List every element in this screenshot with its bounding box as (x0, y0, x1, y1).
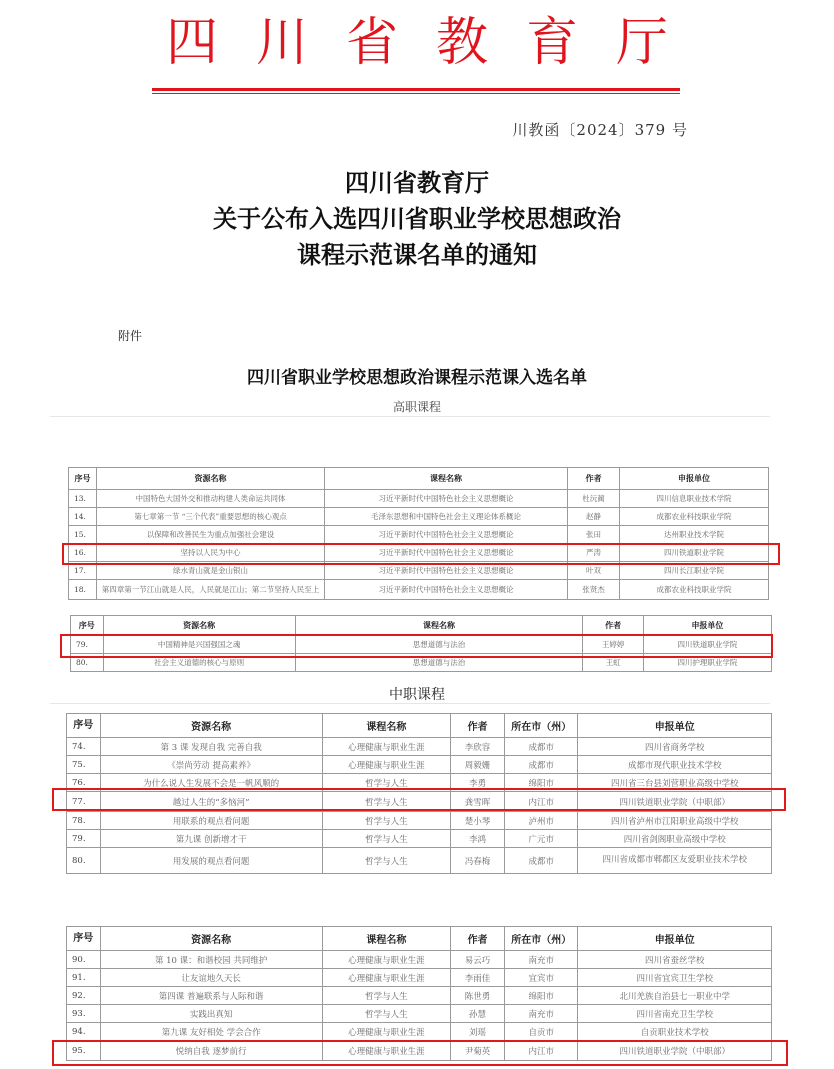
cell-unit: 四川省商务学校 (578, 738, 772, 756)
header-seq: 序号 (71, 616, 104, 636)
cell-city: 内江市 (505, 1041, 578, 1061)
cell-author: 张贤杰 (568, 580, 620, 600)
cell-course: 习近平新时代中国特色社会主义思想概论 (325, 544, 568, 562)
cell-resource: 用发展的观点看问题 (100, 848, 322, 874)
header-city: 所在市（州） (505, 927, 578, 951)
notice-title-line-2: 关于公布入选四川省职业学校思想政治 (0, 201, 834, 237)
cell-author: 尹菊英 (451, 1041, 505, 1061)
cell-resource: 第 3 课 发现自我 完善自我 (100, 738, 322, 756)
header-author: 作者 (451, 714, 505, 738)
table-row: 80. 用发展的观点看问题 哲学与人生 冯春梅 成都市 四川省成都市郫都区友爱职… (67, 848, 772, 874)
cell-city: 广元市 (505, 830, 578, 848)
cell-city: 成都市 (505, 738, 578, 756)
cell-course: 毛泽东思想和中国特色社会主义理论体系概论 (325, 508, 568, 526)
cell-unit: 四川护理职业学院 (643, 654, 771, 672)
higher-vocational-table-b: 序号 资源名称 课程名称 作者 申报单位 79. 中国精神是兴国强国之魂 思想道… (70, 615, 772, 672)
table-row: 13. 中国特色大国外交和推动构建人类命运共同体 习近平新时代中国特色社会主义思… (69, 490, 769, 508)
cell-seq: 14. (69, 508, 97, 526)
letterhead-char: 省 (327, 8, 417, 78)
cell-unit: 四川省蚕丝学校 (578, 951, 772, 969)
cell-author: 王婷婷 (583, 636, 644, 654)
header-seq: 序号 (67, 714, 101, 738)
header-unit: 申报单位 (620, 468, 769, 490)
cell-seq: 77. (67, 792, 101, 812)
cell-resource: 《崇尚劳动 提高素养》 (100, 756, 322, 774)
cell-course: 哲学与人生 (322, 792, 450, 812)
cell-resource: 社会主义道德的核心与原则 (103, 654, 295, 672)
header-course: 课程名称 (322, 927, 450, 951)
header-resource: 资源名称 (100, 714, 322, 738)
header-city: 所在市（州） (505, 714, 578, 738)
cell-course: 心理健康与职业生涯 (322, 1041, 450, 1061)
table-row: 17. 绿水青山就是金山银山 习近平新时代中国特色社会主义思想概论 叶双 四川长… (69, 562, 769, 580)
cell-seq: 91. (67, 969, 101, 987)
header-unit: 申报单位 (643, 616, 771, 636)
cell-course: 思想道德与法治 (295, 654, 583, 672)
secondary-vocational-table-b: 序号 资源名称 课程名称 作者 所在市（州） 申报单位 90. 第 10 课：和… (66, 926, 772, 1061)
table-row: 78. 用联系的观点看问题 哲学与人生 楚小琴 泸州市 四川省泸州市江阳职业高级… (67, 812, 772, 830)
letterhead-char: 教 (417, 8, 507, 78)
cell-city: 成都市 (505, 848, 578, 874)
cell-city: 内江市 (505, 792, 578, 812)
table-row: 14. 第七章第一节 “三个代表”重要思想的核心观点 毛泽东思想和中国特色社会主… (69, 508, 769, 526)
cell-course: 习近平新时代中国特色社会主义思想概论 (325, 562, 568, 580)
cell-resource: 坚持以人民为中心 (97, 544, 325, 562)
cell-unit: 四川长江职业学院 (620, 562, 769, 580)
cell-course: 心理健康与职业生涯 (322, 1023, 450, 1041)
cell-seq: 17. (69, 562, 97, 580)
table-row: 94. 第九课 友好相处 学会合作 心理健康与职业生涯 刘瑶 自贡市 自贡职业技… (67, 1023, 772, 1041)
cell-unit: 达州职业技术学院 (620, 526, 769, 544)
cell-seq: 94. (67, 1023, 101, 1041)
letterhead-char: 厅 (597, 8, 687, 78)
cell-unit: 四川省泸州市江阳职业高级中学校 (578, 812, 772, 830)
cell-seq: 15. (69, 526, 97, 544)
cell-course: 哲学与人生 (322, 987, 450, 1005)
cell-unit: 四川省南充卫生学校 (578, 1005, 772, 1023)
cell-seq: 80. (67, 848, 101, 874)
cell-course: 哲学与人生 (322, 848, 450, 874)
attachment-label: 附件 (118, 327, 142, 344)
letterhead-divider-thin (152, 93, 680, 94)
cell-seq: 80. (71, 654, 104, 672)
cell-course: 习近平新时代中国特色社会主义思想概论 (325, 580, 568, 600)
cell-resource: 中国精神是兴国强国之魂 (103, 636, 295, 654)
cell-unit: 四川省剑阁职业高级中学校 (578, 830, 772, 848)
secondary-vocational-table-a: 序号 资源名称 课程名称 作者 所在市（州） 申报单位 74. 第 3 课 发现… (66, 713, 772, 874)
table-row-highlighted: 95. 悦纳自我 逐梦前行 心理健康与职业生涯 尹菊英 内江市 四川铁道职业学院… (67, 1041, 772, 1061)
cell-seq: 78. (67, 812, 101, 830)
cell-resource: 第 10 课：和谐校园 共同维护 (100, 951, 322, 969)
cell-author: 李雨佳 (451, 969, 505, 987)
section-label-secondary-vocational: 中职课程 (0, 684, 834, 704)
letterhead-char: 四 (147, 8, 237, 78)
cell-author: 陈世勇 (451, 987, 505, 1005)
cell-resource: 中国特色大国外交和推动构建人类命运共同体 (97, 490, 325, 508)
header-author: 作者 (568, 468, 620, 490)
header-resource: 资源名称 (103, 616, 295, 636)
document-number: 川教函〔2024〕379 号 (512, 119, 688, 140)
letterhead-char: 川 (237, 8, 327, 78)
cell-unit: 四川省宜宾卫生学校 (578, 969, 772, 987)
header-unit: 申报单位 (578, 927, 772, 951)
table-header-row: 序号 资源名称 课程名称 作者 所在市（州） 申报单位 (67, 714, 772, 738)
header-author: 作者 (451, 927, 505, 951)
table-row-highlighted: 79. 中国精神是兴国强国之魂 思想道德与法治 王婷婷 四川铁道职业学院 (71, 636, 772, 654)
cell-course: 心理健康与职业生涯 (322, 738, 450, 756)
cell-seq: 95. (67, 1041, 101, 1061)
letterhead: 四 川 省 教 育 厅 (0, 8, 834, 78)
header-course: 课程名称 (295, 616, 583, 636)
header-resource: 资源名称 (97, 468, 325, 490)
cell-seq: 18. (69, 580, 97, 600)
cell-author: 张田 (568, 526, 620, 544)
cell-resource: 用联系的观点看问题 (100, 812, 322, 830)
table-row: 93. 实践出真知 哲学与人生 孙慧 南充市 四川省南充卫生学校 (67, 1005, 772, 1023)
cell-city: 自贡市 (505, 1023, 578, 1041)
cell-unit: 四川铁道职业学院 (643, 636, 771, 654)
cell-unit: 成都农业科技职业学院 (620, 580, 769, 600)
cell-course: 习近平新时代中国特色社会主义思想概论 (325, 526, 568, 544)
cell-unit: 四川省成都市郫都区友爱职业技术学校 (578, 848, 772, 874)
cell-unit: 成都市现代职业技术学校 (578, 756, 772, 774)
cell-seq: 79. (71, 636, 104, 654)
table-row: 15. 以保障和改善民生为重点加强社会建设 习近平新时代中国特色社会主义思想概论… (69, 526, 769, 544)
section-divider (50, 703, 770, 704)
list-title: 四川省职业学校思想政治课程示范课入选名单 (0, 363, 834, 388)
cell-city: 宜宾市 (505, 969, 578, 987)
cell-resource: 越过人生的“多恼河” (100, 792, 322, 812)
header-seq: 序号 (67, 927, 101, 951)
cell-resource: 悦纳自我 逐梦前行 (100, 1041, 322, 1061)
cell-author: 王虹 (583, 654, 644, 672)
cell-course: 心理健康与职业生涯 (322, 951, 450, 969)
cell-author: 孙慧 (451, 1005, 505, 1023)
cell-unit: 成都农业科技职业学院 (620, 508, 769, 526)
table-row: 91. 让友谊地久天长 心理健康与职业生涯 李雨佳 宜宾市 四川省宜宾卫生学校 (67, 969, 772, 987)
cell-resource: 第九课 创新增才干 (100, 830, 322, 848)
cell-author: 李欣容 (451, 738, 505, 756)
header-author: 作者 (583, 616, 644, 636)
cell-seq: 76. (67, 774, 101, 792)
cell-author: 龚雪晖 (451, 792, 505, 812)
notice-title-line-1: 四川省教育厅 (0, 165, 834, 201)
header-resource: 资源名称 (100, 927, 322, 951)
cell-unit: 北川羌族自治县七一职业中学 (578, 987, 772, 1005)
cell-seq: 93. (67, 1005, 101, 1023)
cell-resource: 绿水青山就是金山银山 (97, 562, 325, 580)
cell-course: 心理健康与职业生涯 (322, 969, 450, 987)
section-label-higher-vocational: 高职课程 (0, 398, 834, 415)
cell-resource: 为什么说人生发展不会是一帆风顺的 (100, 774, 322, 792)
cell-course: 思想道德与法治 (295, 636, 583, 654)
table-header-row: 序号 资源名称 课程名称 作者 申报单位 (69, 468, 769, 490)
cell-city: 南充市 (505, 951, 578, 969)
cell-course: 心理健康与职业生涯 (322, 756, 450, 774)
cell-seq: 75. (67, 756, 101, 774)
cell-resource: 第七章第一节 “三个代表”重要思想的核心观点 (97, 508, 325, 526)
cell-author: 冯春梅 (451, 848, 505, 874)
cell-resource: 第四章第一节江山就是人民，人民就是江山；第二节坚持人民至上 (97, 580, 325, 600)
table-row: 74. 第 3 课 发现自我 完善自我 心理健康与职业生涯 李欣容 成都市 四川… (67, 738, 772, 756)
cell-course: 哲学与人生 (322, 1005, 450, 1023)
table-row: 80. 社会主义道德的核心与原则 思想道德与法治 王虹 四川护理职业学院 (71, 654, 772, 672)
cell-unit: 四川铁道职业学院 (620, 544, 769, 562)
cell-author: 李鸿 (451, 830, 505, 848)
cell-unit: 四川信息职业技术学院 (620, 490, 769, 508)
cell-seq: 79. (67, 830, 101, 848)
cell-seq: 13. (69, 490, 97, 508)
cell-seq: 16. (69, 544, 97, 562)
cell-resource: 以保障和改善民生为重点加强社会建设 (97, 526, 325, 544)
letterhead-title: 四 川 省 教 育 厅 (147, 8, 687, 78)
cell-author: 楚小琴 (451, 812, 505, 830)
cell-resource: 第九课 友好相处 学会合作 (100, 1023, 322, 1041)
cell-author: 叶双 (568, 562, 620, 580)
higher-vocational-table-a: 序号 资源名称 课程名称 作者 申报单位 13. 中国特色大国外交和推动构建人类… (68, 467, 769, 600)
cell-author: 李勇 (451, 774, 505, 792)
letterhead-char: 育 (507, 8, 597, 78)
cell-course: 哲学与人生 (322, 812, 450, 830)
cell-author: 周毅姗 (451, 756, 505, 774)
cell-resource: 第四课 普遍联系与人际和谐 (100, 987, 322, 1005)
table-header-row: 序号 资源名称 课程名称 作者 申报单位 (71, 616, 772, 636)
table-row: 90. 第 10 课：和谐校园 共同维护 心理健康与职业生涯 易云巧 南充市 四… (67, 951, 772, 969)
cell-course: 哲学与人生 (322, 830, 450, 848)
header-course: 课程名称 (322, 714, 450, 738)
cell-author: 刘瑶 (451, 1023, 505, 1041)
notice-title-line-3: 课程示范课名单的通知 (0, 237, 834, 273)
cell-city: 绵阳市 (505, 774, 578, 792)
cell-author: 严涛 (568, 544, 620, 562)
cell-author: 易云巧 (451, 951, 505, 969)
table-row-highlighted: 77. 越过人生的“多恼河” 哲学与人生 龚雪晖 内江市 四川铁道职业学院（中职… (67, 792, 772, 812)
table-row: 18. 第四章第一节江山就是人民，人民就是江山；第二节坚持人民至上 习近平新时代… (69, 580, 769, 600)
cell-course: 哲学与人生 (322, 774, 450, 792)
letterhead-divider (152, 88, 680, 91)
table-row: 76. 为什么说人生发展不会是一帆风顺的 哲学与人生 李勇 绵阳市 四川省三台县… (67, 774, 772, 792)
cell-city: 成都市 (505, 756, 578, 774)
cell-resource: 让友谊地久天长 (100, 969, 322, 987)
cell-author: 杜沅蔺 (568, 490, 620, 508)
table-row: 92. 第四课 普遍联系与人际和谐 哲学与人生 陈世勇 绵阳市 北川羌族自治县七… (67, 987, 772, 1005)
cell-seq: 74. (67, 738, 101, 756)
header-unit: 申报单位 (578, 714, 772, 738)
cell-course: 习近平新时代中国特色社会主义思想概论 (325, 490, 568, 508)
cell-author: 赵静 (568, 508, 620, 526)
table-row-highlighted: 16. 坚持以人民为中心 习近平新时代中国特色社会主义思想概论 严涛 四川铁道职… (69, 544, 769, 562)
section-divider (50, 416, 770, 417)
table-row: 75. 《崇尚劳动 提高素养》 心理健康与职业生涯 周毅姗 成都市 成都市现代职… (67, 756, 772, 774)
cell-unit: 四川省三台县刘营职业高级中学校 (578, 774, 772, 792)
table-row: 79. 第九课 创新增才干 哲学与人生 李鸿 广元市 四川省剑阁职业高级中学校 (67, 830, 772, 848)
cell-city: 泸州市 (505, 812, 578, 830)
cell-seq: 92. (67, 987, 101, 1005)
cell-unit: 四川铁道职业学院（中职部） (578, 792, 772, 812)
cell-seq: 90. (67, 951, 101, 969)
cell-unit: 四川铁道职业学院（中职部） (578, 1041, 772, 1061)
header-seq: 序号 (69, 468, 97, 490)
notice-title: 四川省教育厅 关于公布入选四川省职业学校思想政治 课程示范课名单的通知 (0, 165, 834, 273)
table-header-row: 序号 资源名称 课程名称 作者 所在市（州） 申报单位 (67, 927, 772, 951)
cell-city: 南充市 (505, 1005, 578, 1023)
cell-resource: 实践出真知 (100, 1005, 322, 1023)
header-course: 课程名称 (325, 468, 568, 490)
cell-unit: 自贡职业技术学校 (578, 1023, 772, 1041)
cell-city: 绵阳市 (505, 987, 578, 1005)
